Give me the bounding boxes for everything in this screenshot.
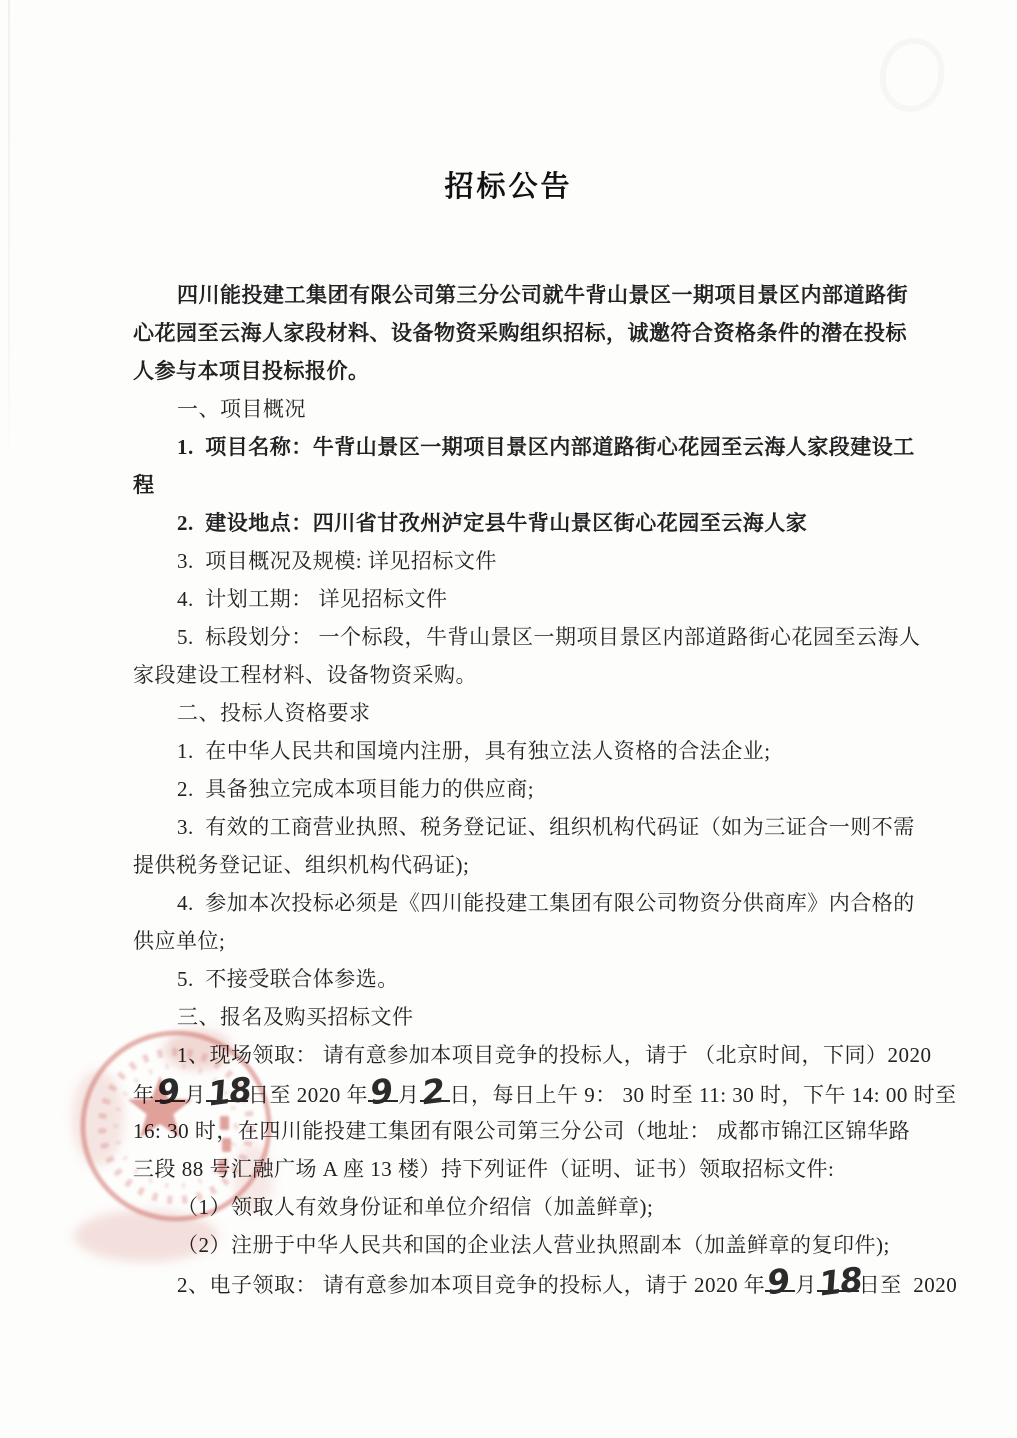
text-line: 二、投标人资格要求 xyxy=(133,694,913,732)
page-title: 招标公告 xyxy=(0,164,1017,205)
text-line: 5. 标段划分： 一个标段，牛背山景区一期项目景区内部道路街心花园至云海人 xyxy=(133,618,913,656)
handwritten-number: 9 xyxy=(155,1074,180,1109)
text-line: 供应单位; xyxy=(133,922,913,960)
scan-edge-artifact xyxy=(8,0,10,480)
text-segment: 日至 2020 xyxy=(859,1273,958,1297)
handwritten-number: 9 xyxy=(765,1264,790,1299)
text-line: 三、报名及购买招标文件 xyxy=(133,998,913,1036)
text-segment: 月 xyxy=(398,1083,420,1107)
fill-in-blank: 18 xyxy=(817,1264,859,1292)
text-line: 年9月18日至 2020 年9月2日，每日上午 9： 30 时至 11: 30 … xyxy=(133,1074,913,1112)
text-line: 3. 项目概况及规模: 详见招标文件 xyxy=(133,542,913,580)
scanned-document-page: 招标公告 四川能投建工集团有限公司第三分公司就牛背山景区一期项目景区内部道路街心… xyxy=(0,0,1017,1438)
handwritten-number: 2 xyxy=(420,1074,445,1109)
handwritten-number: 18 xyxy=(817,1263,863,1301)
text-line: 程 xyxy=(133,466,913,504)
fill-in-blank: 9 xyxy=(765,1264,795,1292)
text-line: 一、项目概况 xyxy=(133,390,913,428)
text-line: 心花园至云海人家段材料、设备物资采购组织招标，诚邀符合资格条件的潜在投标 xyxy=(133,314,913,352)
text-line: 2、电子领取： 请有意参加本项目竞争的投标人，请于 2020 年9月18日至 2… xyxy=(133,1264,913,1302)
text-line: 4. 计划工期： 详见招标文件 xyxy=(133,580,913,618)
text-line: 人参与本项目投标报价。 xyxy=(133,352,913,390)
handwritten-number: 18 xyxy=(206,1073,252,1111)
text-line: 四川能投建工集团有限公司第三分公司就牛背山景区一期项目景区内部道路街 xyxy=(133,276,913,314)
text-line: 5. 不接受联合体参选。 xyxy=(133,960,913,998)
text-line: 1、现场领取： 请有意参加本项目竞争的投标人，请于 （北京时间，下同）2020 xyxy=(133,1036,913,1074)
text-line: 2. 具备独立完成本项目能力的供应商; xyxy=(133,770,913,808)
text-segment: 2、电子领取： 请有意参加本项目竞争的投标人，请于 2020 年 xyxy=(177,1273,765,1297)
text-line: 16: 30 时，在四川能投建工集团有限公司第三分公司（地址： 成都市锦江区锦华… xyxy=(133,1112,913,1150)
text-line: 1. 项目名称：牛背山景区一期项目景区内部道路街心花园至云海人家段建设工 xyxy=(133,428,913,466)
text-line: 家段建设工程材料、设备物资采购。 xyxy=(133,656,913,694)
document-body: 四川能投建工集团有限公司第三分公司就牛背山景区一期项目景区内部道路街心花园至云海… xyxy=(133,276,913,1302)
text-line: 三段 88 号汇融广场 A 座 13 楼）持下列证件（证明、证书）领取招标文件: xyxy=(133,1150,913,1188)
text-segment: 月 xyxy=(795,1273,817,1297)
text-line: （1）领取人有效身份证和单位介绍信（加盖鲜章); xyxy=(133,1188,913,1226)
fill-in-blank: 9 xyxy=(368,1074,398,1102)
fill-in-blank: 18 xyxy=(206,1074,248,1102)
fill-in-blank: 9 xyxy=(155,1074,185,1102)
faint-corner-smudge xyxy=(875,34,949,116)
text-segment: 年 xyxy=(133,1083,155,1107)
text-segment: 月 xyxy=(185,1083,207,1107)
handwritten-number: 9 xyxy=(368,1074,393,1109)
text-line: （2）注册于中华人民共和国的企业法人营业执照副本（加盖鲜章的复印件); xyxy=(133,1226,913,1264)
text-line: 提供税务登记证、组织机构代码证); xyxy=(133,846,913,884)
text-line: 1. 在中华人民共和国境内注册，具有独立法人资格的合法企业; xyxy=(133,732,913,770)
text-segment: 日至 2020 年 xyxy=(248,1083,368,1107)
text-line: 3. 有效的工商营业执照、税务登记证、组织机构代码证（如为三证合一则不需 xyxy=(133,808,913,846)
text-line: 2. 建设地点：四川省甘孜州泸定县牛背山景区街心花园至云海人家 xyxy=(133,504,913,542)
text-line: 4. 参加本次投标必须是《四川能投建工集团有限公司物资分供商库》内合格的 xyxy=(133,884,913,922)
text-segment: 日，每日上午 9： 30 时至 11: 30 时，下午 14: 00 时至 xyxy=(450,1083,957,1107)
fill-in-blank: 2 xyxy=(420,1074,450,1102)
